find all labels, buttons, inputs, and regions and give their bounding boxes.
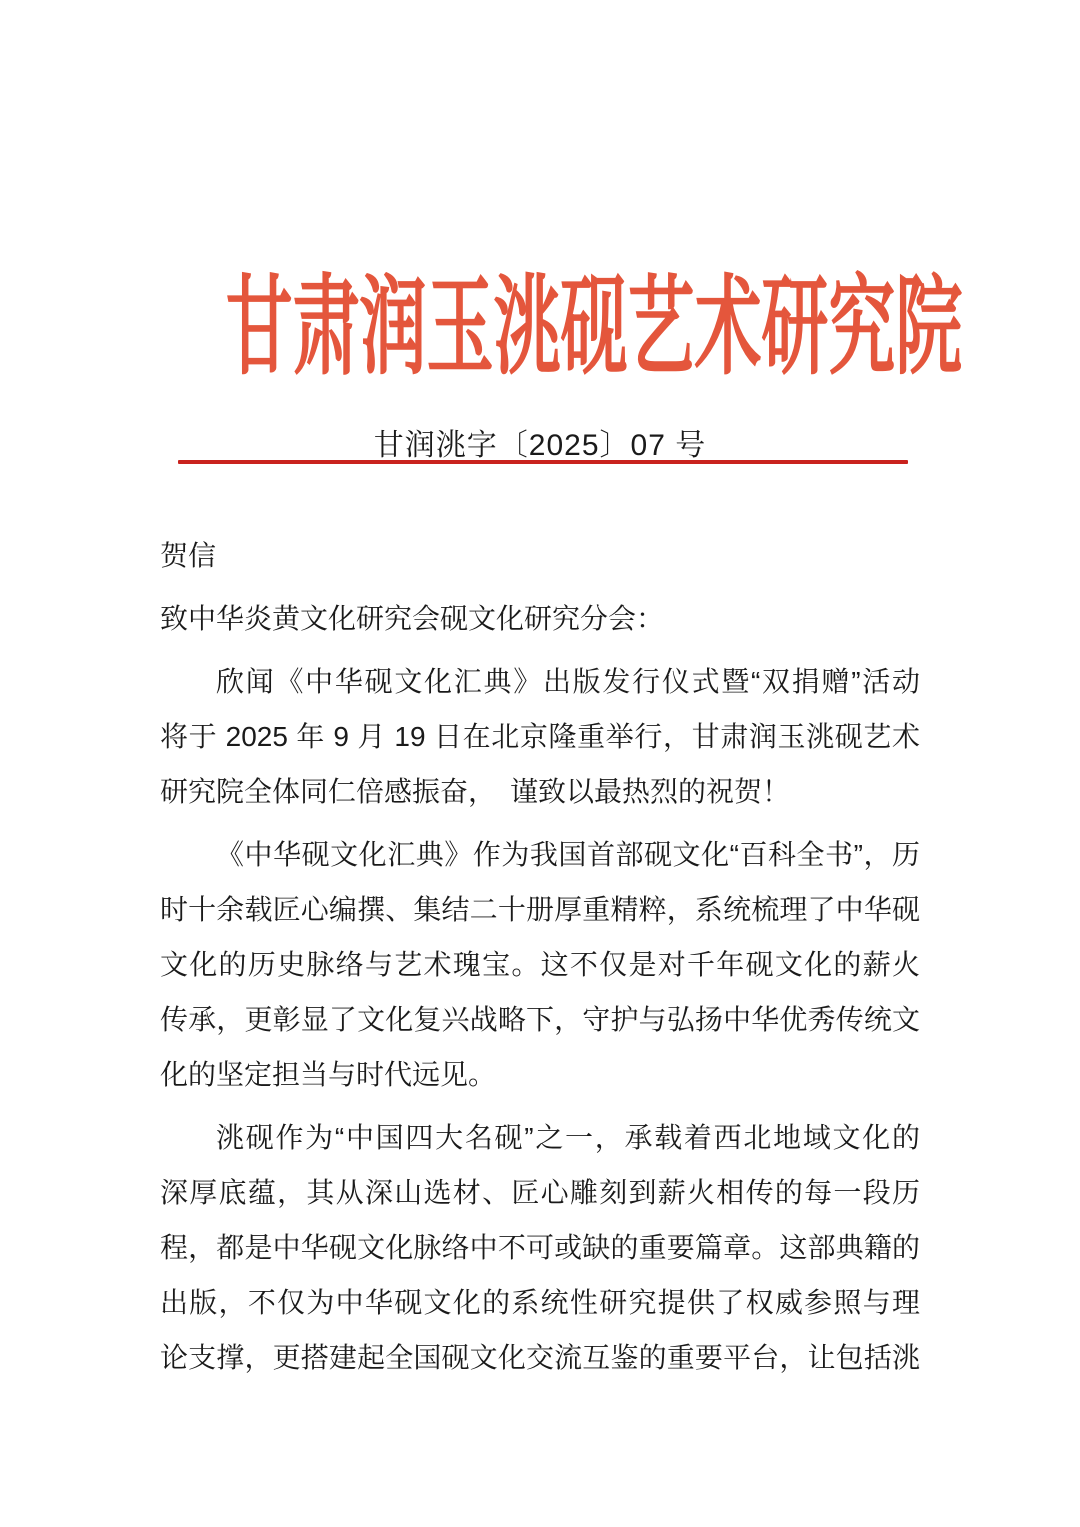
letter-paragraphs: 欣闻《中华砚文化汇典》出版发行仪式暨“双捐赠”活动将于 2025 年 9 月 1…	[160, 654, 920, 1385]
letter-paragraph: 欣闻《中华砚文化汇典》出版发行仪式暨“双捐赠”活动将于 2025 年 9 月 1…	[160, 654, 920, 819]
letter-line: 论支撑，更搭建起全国砚文化交流互鉴的重要平台，让包括洮	[160, 1330, 920, 1385]
letter-paragraph: 洮砚作为“中国四大名砚”之一，承载着西北地域文化的深厚底蕴，其从深山选材、匠心雕…	[160, 1110, 920, 1385]
letter-line: 《中华砚文化汇典》作为我国首部砚文化“百科全书”，历	[160, 827, 920, 882]
letterhead-divider-rule	[178, 460, 908, 464]
letter-line: 化的坚定担当与时代远见。	[160, 1047, 920, 1102]
letter-heading: 贺信	[160, 528, 920, 583]
document-page: 甘肃润玉洮砚艺术研究院 甘润洮字〔2025〕07 号 贺信 致中华炎黄文化研究会…	[0, 0, 1080, 1527]
letter-body: 贺信 致中华炎黄文化研究会砚文化研究分会： 欣闻《中华砚文化汇典》出版发行仪式暨…	[160, 528, 920, 1393]
document-number: 甘润洮字〔2025〕07 号	[0, 420, 1080, 464]
letter-line: 传承，更彰显了文化复兴战略下，守护与弘扬中华优秀传统文	[160, 992, 920, 1047]
letter-line: 出版，不仅为中华砚文化的系统性研究提供了权威参照与理	[160, 1275, 920, 1330]
letter-line: 时十余载匠心编撰、集结二十册厚重精粹，系统梳理了中华砚	[160, 882, 920, 937]
letter-line: 洮砚作为“中国四大名砚”之一，承载着西北地域文化的	[160, 1110, 920, 1165]
letterhead-title: 甘肃润玉洮砚艺术研究院	[226, 263, 963, 390]
letter-line: 文化的历史脉络与艺术瑰宝。这不仅是对千年砚文化的薪火	[160, 937, 920, 992]
letter-salutation: 致中华炎黄文化研究会砚文化研究分会：	[160, 591, 920, 646]
letter-line: 将于 2025 年 9 月 19 日在北京隆重举行，甘肃润玉洮砚艺术	[160, 709, 920, 764]
letter-line: 欣闻《中华砚文化汇典》出版发行仪式暨“双捐赠”活动	[160, 654, 920, 709]
letter-paragraph: 《中华砚文化汇典》作为我国首部砚文化“百科全书”，历时十余载匠心编撰、集结二十册…	[160, 827, 920, 1102]
letter-line: 研究院全体同仁倍感振奋， 谨致以最热烈的祝贺！	[160, 764, 920, 819]
letter-line: 深厚底蕴，其从深山选材、匠心雕刻到薪火相传的每一段历	[160, 1165, 920, 1220]
letter-line: 程，都是中华砚文化脉络中不可或缺的重要篇章。这部典籍的	[160, 1220, 920, 1275]
letterhead: 甘肃润玉洮砚艺术研究院	[0, 263, 1080, 390]
